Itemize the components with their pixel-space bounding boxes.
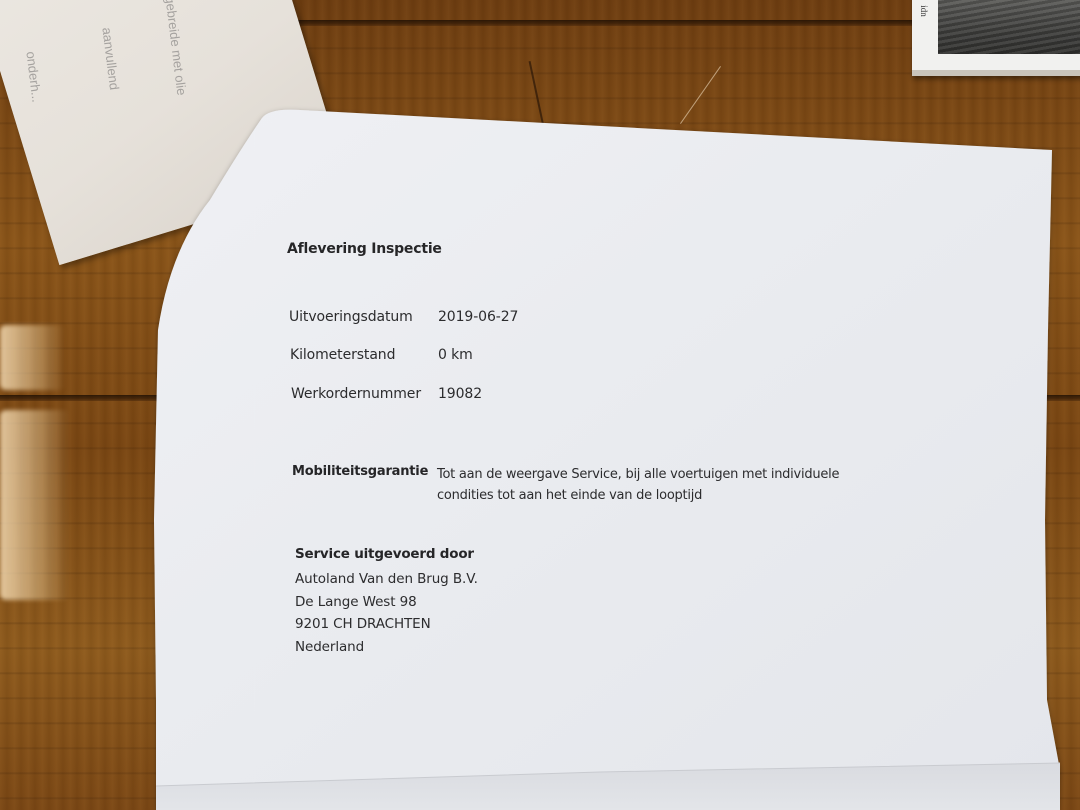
inspection-document-sheet: Aflevering Inspectie Uitvoeringsdatum 20… [0,0,1080,810]
document-content: Aflevering Inspectie Uitvoeringsdatum 20… [0,0,1080,810]
service-performed-by-heading: Service uitgevoerd door [295,546,474,562]
field-label-odometer: Kilometerstand [290,347,395,363]
address-street: De Lange West 98 [295,591,478,614]
field-value-execution-date: 2019-06-27 [438,309,518,325]
field-label-work-order-number: Werkordernummer [291,386,421,402]
mobility-guarantee-line: Tot aan de weergave Service, bij alle vo… [437,464,867,485]
address-postcode-city: 9201 CH DRACHTEN [295,613,478,636]
mobility-guarantee-text: Tot aan de weergave Service, bij alle vo… [437,464,867,506]
field-value-work-order-number: 19082 [438,386,482,402]
document-title: Aflevering Inspectie [287,241,442,257]
service-address: Autoland Van den Brug B.V. De Lange West… [295,568,478,659]
field-value-odometer: 0 km [438,347,473,363]
address-company: Autoland Van den Brug B.V. [295,568,478,591]
address-country: Nederland [295,636,478,659]
field-label-execution-date: Uitvoeringsdatum [289,309,413,325]
mobility-guarantee-label: Mobiliteitsgarantie [292,464,428,479]
mobility-guarantee-line: condities tot aan het einde van de loopt… [437,485,867,506]
